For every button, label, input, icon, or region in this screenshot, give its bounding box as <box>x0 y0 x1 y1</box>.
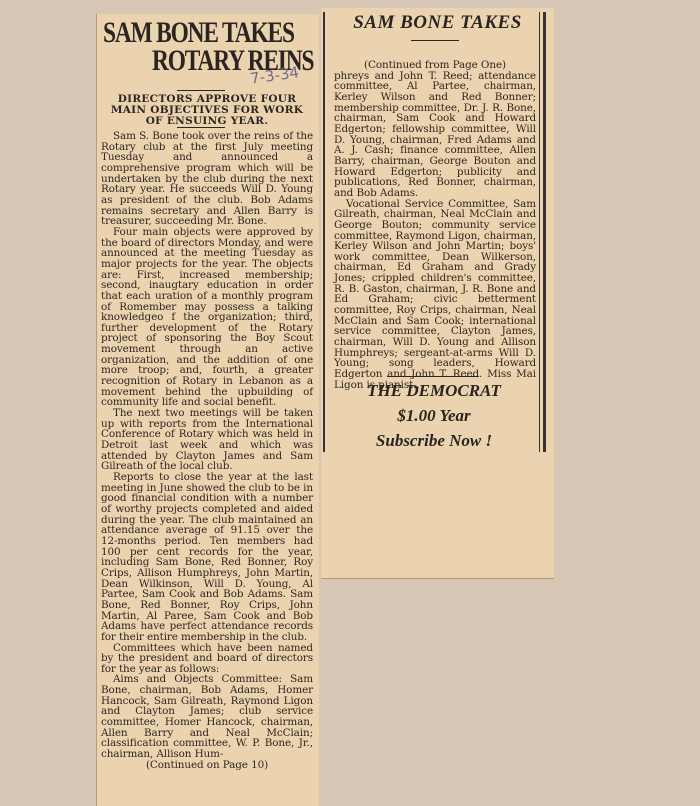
column-border-right <box>539 12 540 452</box>
headline-divider <box>177 90 225 91</box>
ad-title: THE DEMOCRAT <box>329 378 539 403</box>
ad-call-to-action: Subscribe Now ! <box>329 428 539 453</box>
column-border-right-thick <box>543 12 546 452</box>
column-border-left <box>323 12 325 452</box>
article-deck: DIRECTORS APPROVE FOUR MAIN OBJECTIVES F… <box>101 94 313 127</box>
article-body: Sam S. Bone took over the reins of the R… <box>101 131 313 770</box>
paragraph: phreys and John T. Reed; attendance comm… <box>334 71 536 199</box>
ad-price: $1.00 Year <box>329 403 539 428</box>
paragraph: Aims and Objects Committee: Sam Bone, ch… <box>101 674 313 759</box>
continued-note: (Continued on Page 10) <box>101 760 313 771</box>
paragraph: Sam S. Bone took over the reins of the R… <box>101 131 313 227</box>
deck-divider <box>177 127 225 128</box>
subscription-ad: THE DEMOCRAT $1.00 Year Subscribe Now ! <box>329 378 539 453</box>
paragraph: Committees which have been named by the … <box>101 643 313 675</box>
paragraph: Reports to close the year at the last me… <box>101 472 313 643</box>
newspaper-clipping-continuation: SAM BONE TAKES (Continued from Page One)… <box>321 8 554 579</box>
paragraph: Four main objects were approved by the b… <box>101 227 313 408</box>
ad-divider <box>387 376 479 377</box>
headline-divider <box>411 40 459 41</box>
continuation-body: (Continued from Page One) phreys and Joh… <box>334 60 536 390</box>
newspaper-clipping-main-article: SAM BONE TAKES ROTARY REINS 7-3-34 DIREC… <box>96 14 319 806</box>
paragraph: Vocational Service Committee, Sam Gilrea… <box>334 199 536 391</box>
paragraph: The next two meetings will be taken up w… <box>101 408 313 472</box>
continuation-headline: SAM BONE TAKES <box>331 12 544 34</box>
